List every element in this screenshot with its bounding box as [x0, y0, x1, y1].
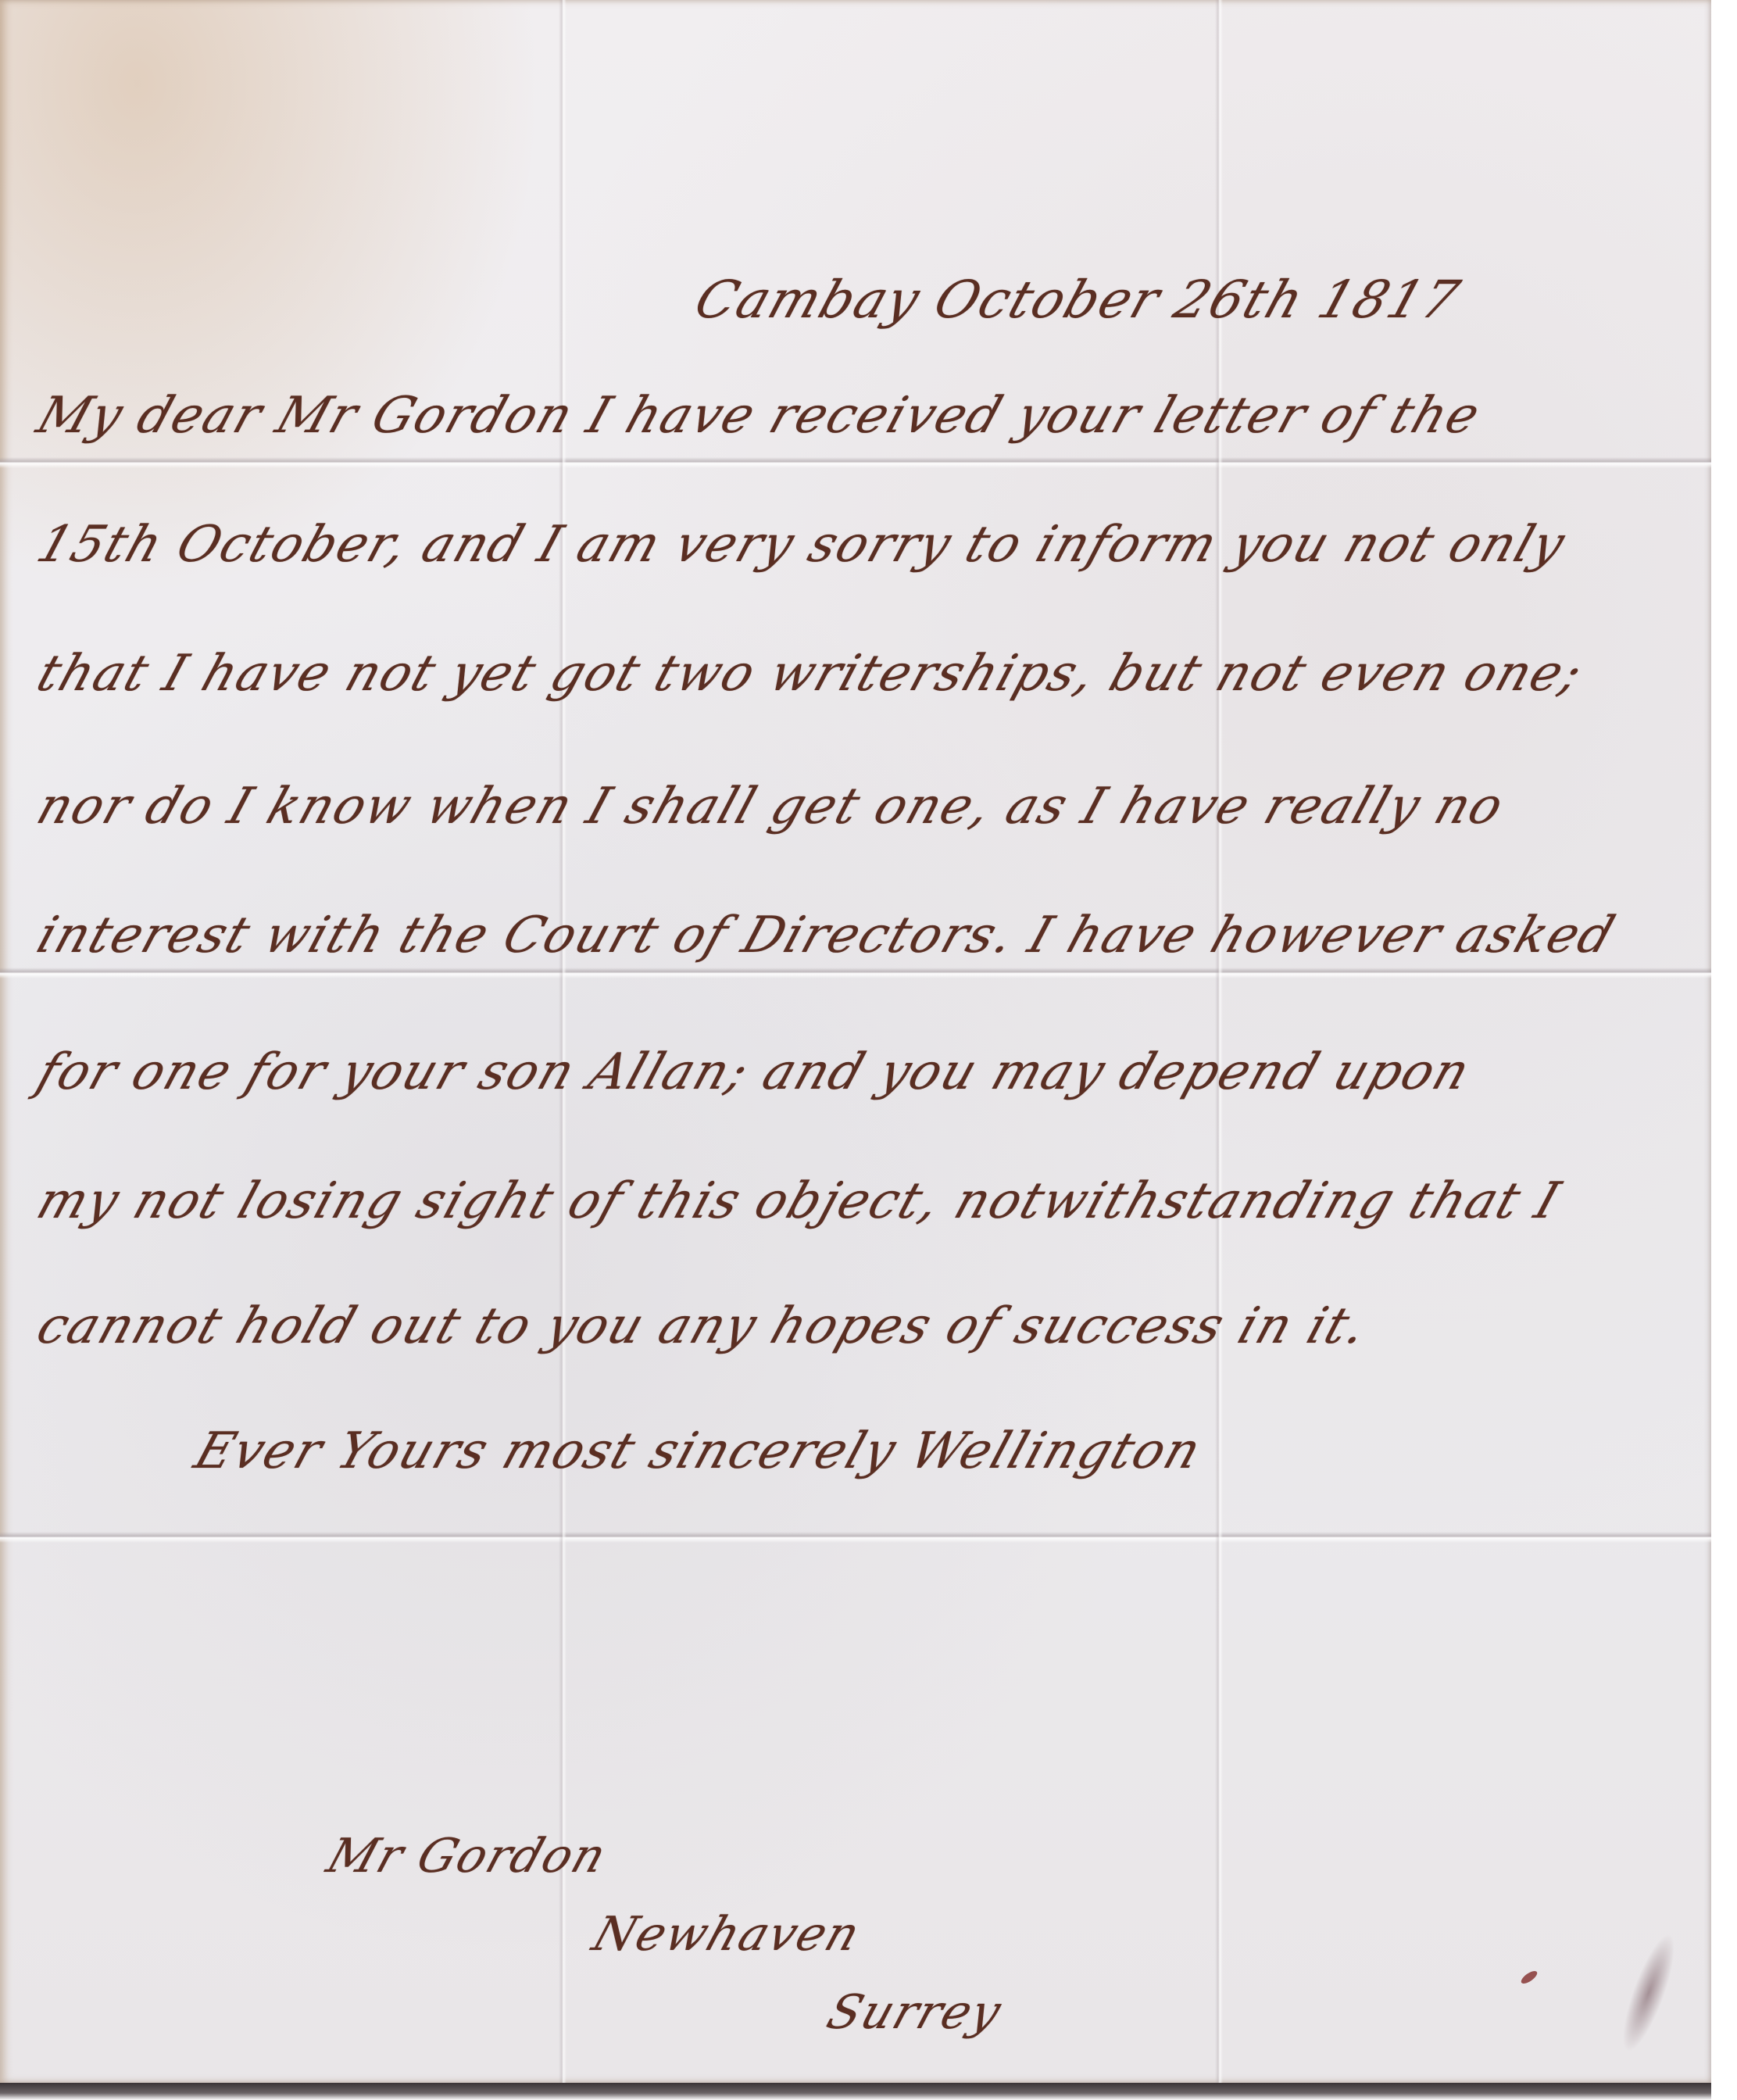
- body-line-4: nor do I know when I shall get one, as I…: [31, 782, 1510, 832]
- address-recipient: Mr Gordon: [320, 1829, 614, 1884]
- address-town: Newhaven: [586, 1907, 868, 1962]
- body-line-3: that I have not yet got two writerships,…: [31, 649, 1589, 699]
- body-line-8: cannot hold out to you any hopes of succ…: [31, 1301, 1374, 1351]
- body-line-5: interest with the Court of Directors. I …: [31, 910, 1621, 961]
- body-line-1: My dear Mr Gordon I have received your l…: [31, 391, 1487, 441]
- address-county: Surrey: [820, 1985, 1009, 2040]
- fold-crease-horizontal-1: [0, 457, 1711, 468]
- body-line-2: 15th October, and I am very sorry to inf…: [31, 520, 1571, 570]
- closing-signature: Ever Yours most sincerely Wellington: [188, 1422, 1209, 1480]
- fold-crease-vertical-1: [559, 0, 566, 2083]
- sheet-bottom-edge-shadow: [0, 2083, 1711, 2100]
- dateline: Cambay October 26th 1817: [688, 270, 1467, 330]
- body-line-7: my not losing sight of this object, notw…: [31, 1176, 1567, 1226]
- body-line-6: for one for your son Allan; and you may …: [31, 1047, 1477, 1097]
- fold-crease-horizontal-3: [0, 1532, 1711, 1543]
- fold-crease-horizontal-2: [0, 968, 1711, 978]
- red-stain: [1519, 1969, 1539, 1986]
- ink-smudge: [1613, 1929, 1685, 2057]
- letter-sheet: Cambay October 26th 1817 My dear Mr Gord…: [0, 0, 1711, 2083]
